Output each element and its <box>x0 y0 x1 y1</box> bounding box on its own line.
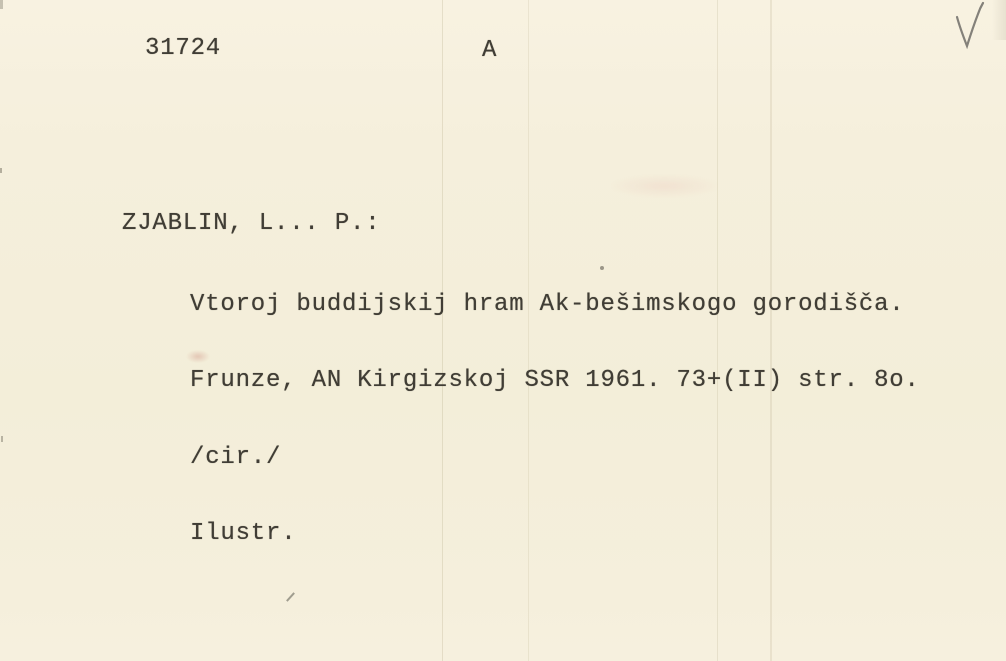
catalog-entry: ZJABLIN, L... P.: Vtoroj buddijskij hram… <box>122 160 920 598</box>
author-heading: ZJABLIN, L... P.: <box>122 211 920 237</box>
imprint-line: Frunze, AN Kirgizskoj SSR 1961. 73+(II) … <box>122 368 920 394</box>
card-number: 31724 <box>145 36 221 62</box>
edge-speck <box>0 168 2 173</box>
script-note-line: /cir./ <box>122 445 920 471</box>
corner-speck <box>0 0 3 9</box>
edge-speck <box>1 436 3 442</box>
corner-shading <box>992 0 1006 40</box>
handwritten-check-icon <box>948 0 994 56</box>
title-line: Vtoroj buddijskij hram Ak-bešimskogo gor… <box>122 292 920 318</box>
illustration-note-line: Ilustr. <box>122 521 920 547</box>
catalog-card: 31724 A ZJABLIN, L... P.: Vtoroj buddijs… <box>0 0 1006 661</box>
classification-letter: A <box>482 38 497 64</box>
